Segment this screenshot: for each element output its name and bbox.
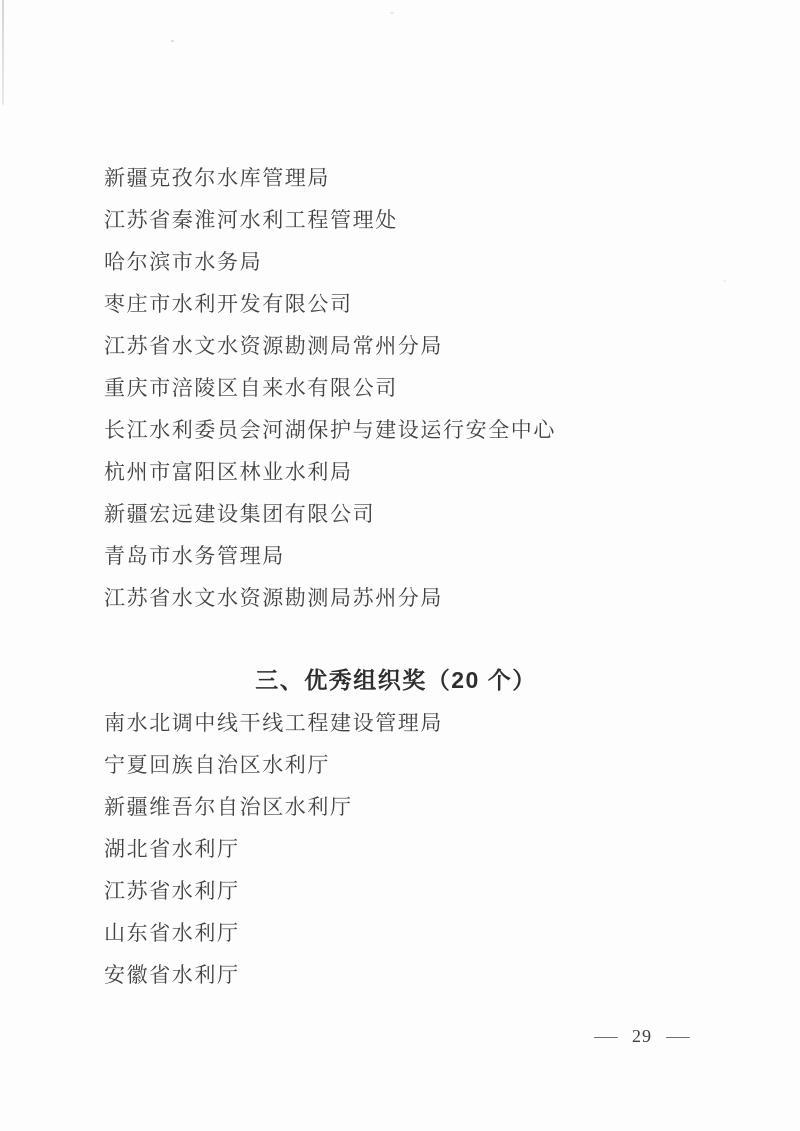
award-list-item: 枣庄市水利开发有限公司 — [104, 294, 704, 315]
award-list-item: 江苏省秦淮河水利工程管理处 — [104, 210, 704, 231]
scan-speck — [390, 12, 394, 14]
document-page: 新疆克孜尔水库管理局 江苏省秦淮河水利工程管理处 哈尔滨市水务局 枣庄市水利开发… — [0, 0, 800, 1131]
award-list-item: 哈尔滨市水务局 — [104, 252, 704, 273]
award-list-item: 江苏省水利厅 — [104, 881, 704, 902]
page-number-dash-left: — — [594, 1026, 617, 1047]
award-list-item: 长江水利委员会河湖保护与建设运行安全中心 — [104, 420, 704, 441]
section-heading-excellent-organization-award: 三、优秀组织奖（20 个） — [0, 666, 792, 694]
award-list-section-3: 南水北调中线干线工程建设管理局 宁夏回族自治区水利厅 新疆维吾尔自治区水利厅 湖… — [104, 713, 704, 1007]
scan-speck — [723, 280, 726, 282]
award-list-item: 山东省水利厅 — [104, 923, 704, 944]
award-list-item: 湖北省水利厅 — [104, 839, 704, 860]
award-list-item: 江苏省水文水资源勘测局常州分局 — [104, 336, 704, 357]
award-list-item: 宁夏回族自治区水利厅 — [104, 755, 704, 776]
scan-speck — [171, 40, 174, 42]
award-list-item: 新疆克孜尔水库管理局 — [104, 168, 704, 189]
award-list-item: 新疆宏远建设集团有限公司 — [104, 504, 704, 525]
award-list-item: 江苏省水文水资源勘测局苏州分局 — [104, 588, 704, 609]
page-number-footer: — 29 — — [597, 1026, 687, 1047]
award-list-section-2: 新疆克孜尔水库管理局 江苏省秦淮河水利工程管理处 哈尔滨市水务局 枣庄市水利开发… — [104, 168, 704, 630]
award-list-item: 杭州市富阳区林业水利局 — [104, 462, 704, 483]
award-list-item: 新疆维吾尔自治区水利厅 — [104, 797, 704, 818]
award-list-item: 青岛市水务管理局 — [104, 546, 704, 567]
award-list-item: 安徽省水利厅 — [104, 965, 704, 986]
page-number: 29 — [632, 1026, 652, 1047]
award-list-item: 南水北调中线干线工程建设管理局 — [104, 713, 704, 734]
page-number-dash-right: — — [666, 1026, 689, 1047]
scan-edge-artifact — [2, 0, 4, 105]
award-list-item: 重庆市涪陵区自来水有限公司 — [104, 378, 704, 399]
